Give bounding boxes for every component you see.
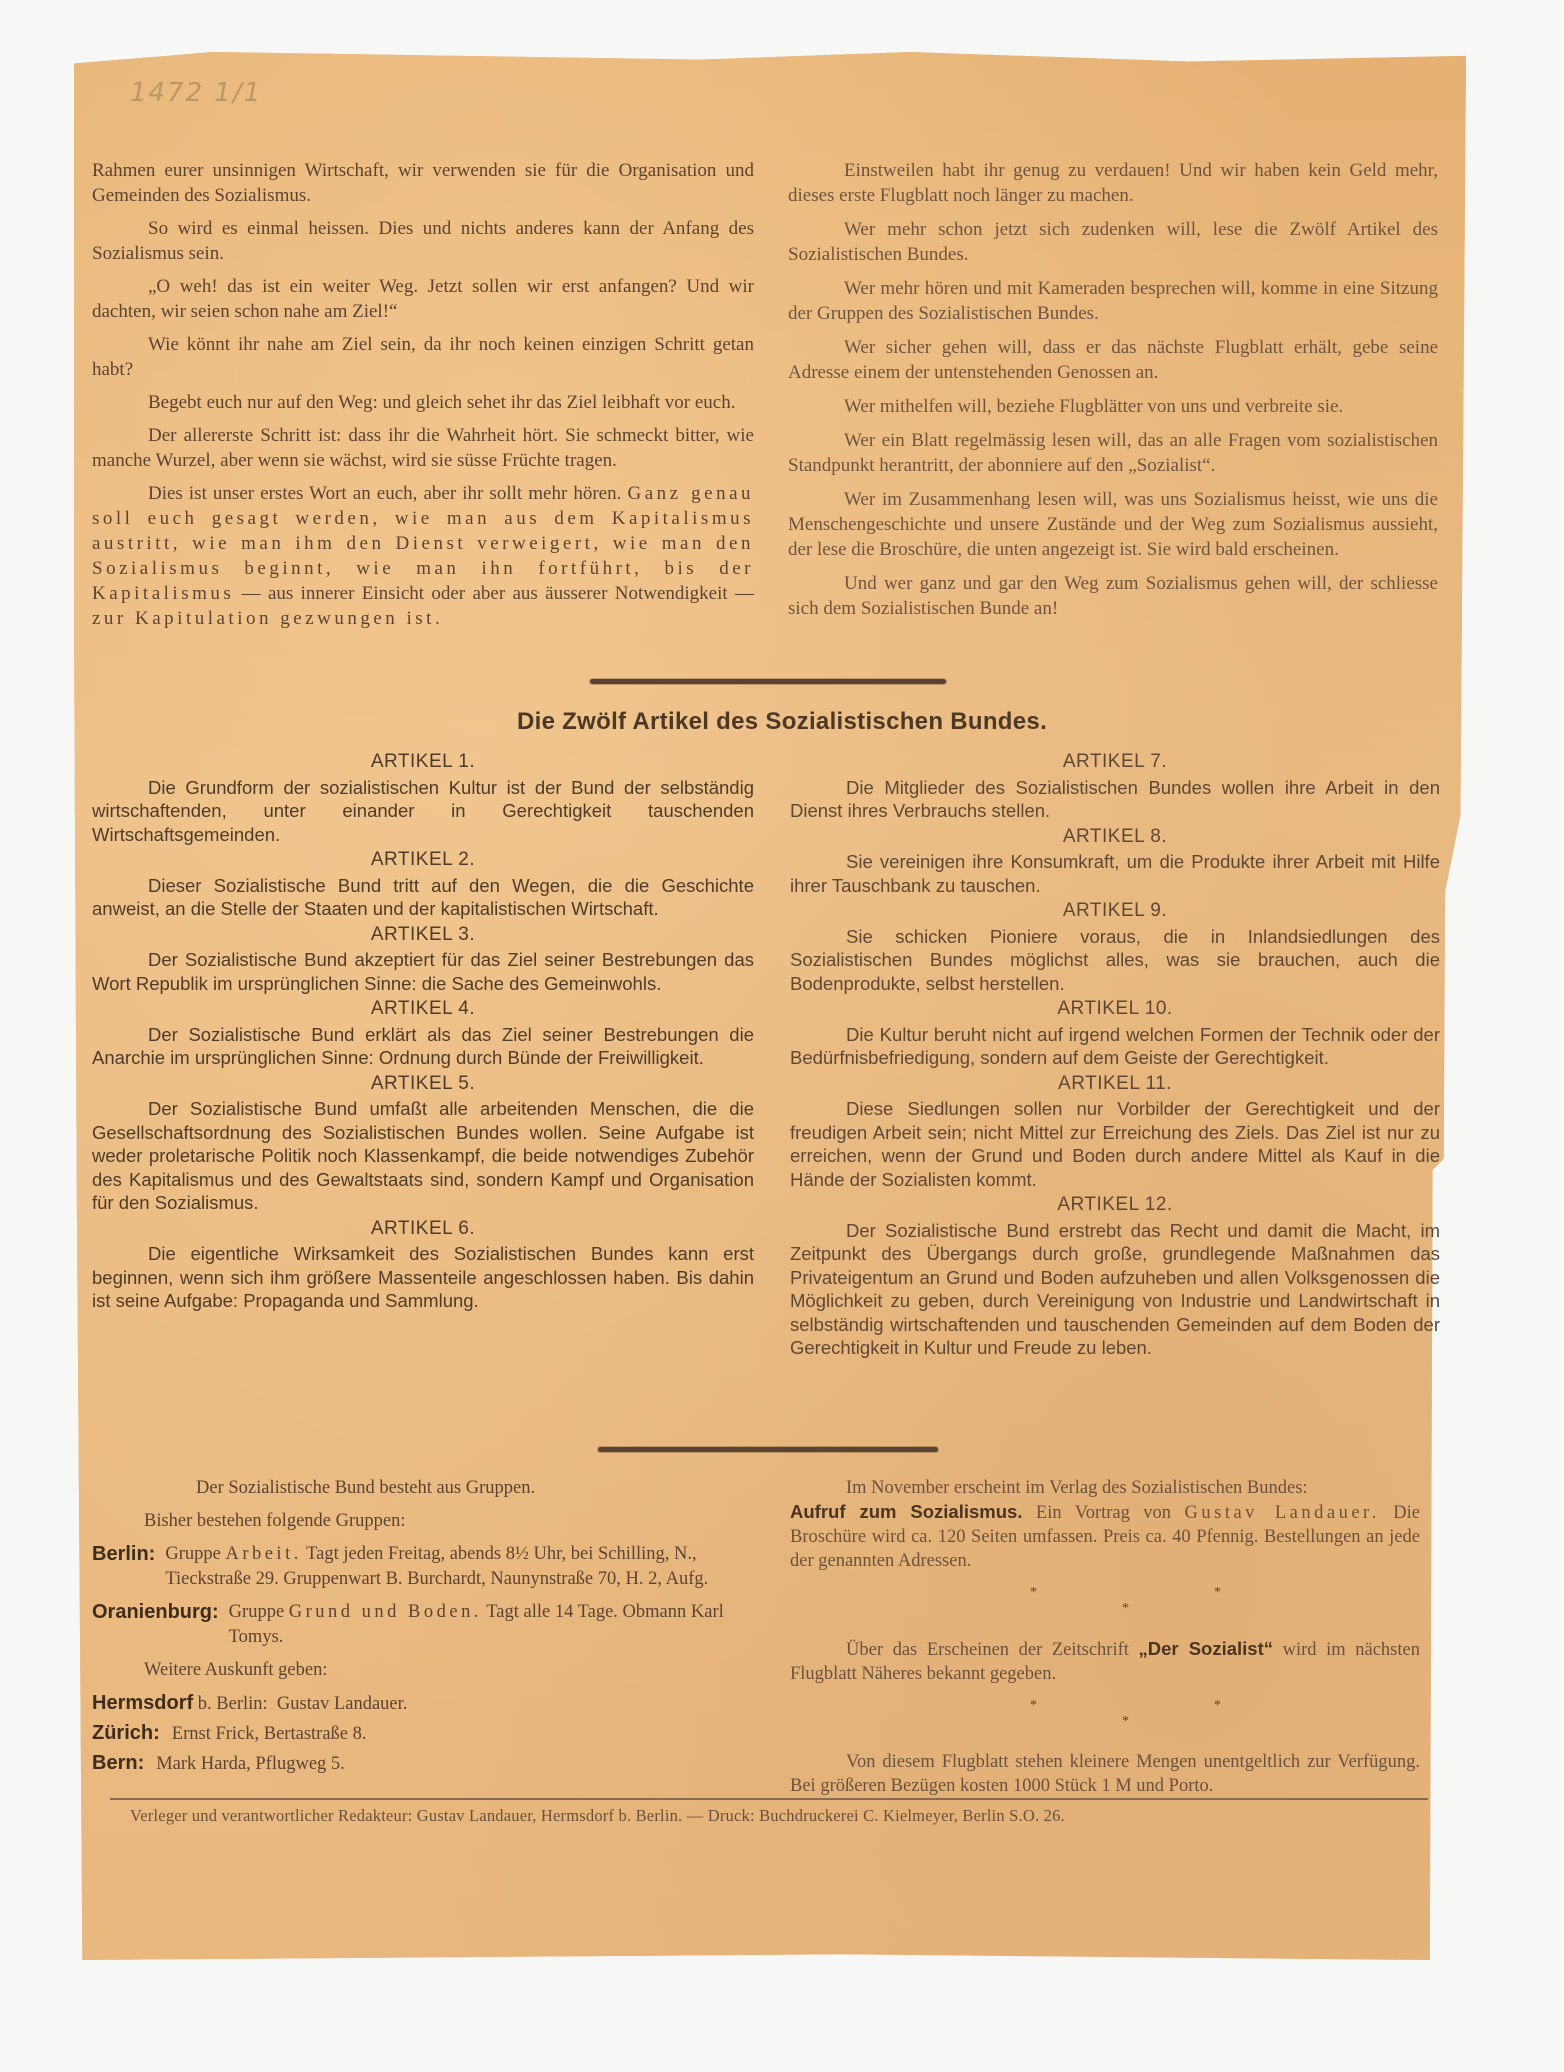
intro-right-column: Einstweilen habt ihr genug zu verdauen! … — [788, 158, 1438, 630]
intro-left-column: Rahmen eurer unsinnigen Wirtschaft, wir … — [92, 158, 754, 639]
group-name: Grund und Boden. — [289, 1602, 482, 1622]
group-name: Arbeit. — [225, 1544, 301, 1564]
article-heading: ARTIKEL 11. — [790, 1072, 1440, 1096]
article-heading: ARTIKEL 6. — [92, 1217, 754, 1241]
article-text: Die eigentliche Wirksamkeit des Sozialis… — [92, 1242, 754, 1313]
section-divider-bottom — [598, 1447, 938, 1452]
article-heading: ARTIKEL 5. — [92, 1072, 754, 1096]
article-heading: ARTIKEL 4. — [92, 997, 754, 1021]
announcements-section: Im November erscheint im Verlag des Sozi… — [790, 1476, 1420, 1806]
intro-left-closing-paragraph: Dies ist unser erstes Wort an euch, aber… — [92, 481, 754, 631]
intro-right-paragraph: Und wer ganz und gar den Weg zum Soziali… — [788, 571, 1438, 621]
group-details: Gruppe Grund und Boden. Tagt alle 14 Tag… — [229, 1600, 772, 1650]
intro-right-paragraph: Wer mehr schon jetzt sich zudenken will,… — [788, 217, 1438, 267]
article-text: Diese Siedlungen sollen nur Vorbilder de… — [790, 1097, 1440, 1191]
publication-author: Gustav Landauer. — [1185, 1503, 1380, 1523]
intro-right-paragraph: Wer sicher gehen will, dass er das nächs… — [788, 335, 1438, 385]
article-text: Sie vereinigen ihre Konsumkraft, um die … — [790, 850, 1440, 897]
intro-right-paragraph: Wer im Zusammenhang lesen will, was uns … — [788, 487, 1438, 562]
article-heading: ARTIKEL 3. — [92, 923, 754, 947]
groups-section: Der Sozialistische Bund besteht aus Grup… — [92, 1476, 772, 1781]
article-text: Der Sozialistische Bund erstrebt das Rec… — [790, 1219, 1440, 1360]
contact-person: Ernst Frick, Bertastraße 8. — [172, 1724, 367, 1744]
groups-intro: Der Sozialistische Bund besteht aus Grup… — [92, 1476, 772, 1501]
articles-right-column: ARTIKEL 7.Die Mitglieder des Sozialistis… — [790, 748, 1440, 1362]
closing-spaced-end: zur Kapitulation gezwungen ist. — [92, 608, 443, 629]
distribution-note: Von diesem Flugblatt stehen kleinere Men… — [790, 1750, 1420, 1798]
separator-asterisks: * * * — [790, 1694, 1420, 1740]
closing-lead: Dies ist unser erstes Wort an euch, aber… — [148, 483, 621, 504]
separator-asterisks: * * * — [790, 1581, 1420, 1627]
intro-right-paragraph: Wer ein Blatt regelmässig lesen will, da… — [788, 428, 1438, 478]
group-details: Gruppe Arbeit. Tagt jeden Freitag, abend… — [165, 1542, 772, 1592]
group-entry-oranienburg: Oranienburg: Gruppe Grund und Boden. Tag… — [92, 1600, 772, 1650]
article-text: Die Grundform der sozialistischen Kultur… — [92, 776, 754, 847]
article-heading: ARTIKEL 12. — [790, 1193, 1440, 1217]
article-text: Der Sozialistische Bund erklärt als das … — [92, 1023, 754, 1070]
intro-left-paragraph: „O weh! das ist ein weiter Weg. Jetzt so… — [92, 274, 754, 324]
article-text: Die Kultur beruht nicht auf irgend welch… — [790, 1023, 1440, 1070]
info-label: Weitere Auskunft geben: — [92, 1658, 772, 1683]
article-heading: ARTIKEL 10. — [790, 997, 1440, 1021]
intro-left-paragraph: Rahmen eurer unsinnigen Wirtschaft, wir … — [92, 158, 754, 208]
group-city: Berlin: — [92, 1542, 155, 1592]
publication-announcement: Im November erscheint im Verlag des Sozi… — [790, 1476, 1420, 1573]
article-heading: ARTIKEL 8. — [790, 825, 1440, 849]
journal-name: „Der Sozialist“ — [1139, 1638, 1274, 1659]
archive-mark: 1472 1/1 — [130, 78, 262, 108]
contact-bern: Bern:Mark Harda, Pflugweg 5. — [92, 1751, 772, 1777]
article-heading: ARTIKEL 1. — [92, 750, 754, 774]
article-heading: ARTIKEL 9. — [790, 899, 1440, 923]
footer-rule — [110, 1798, 1428, 1800]
intro-right-paragraph: Wer mithelfen will, beziehe Flugblätter … — [788, 394, 1438, 419]
journal-announcement: Über das Erscheinen der Zeitschrift „Der… — [790, 1637, 1420, 1686]
groups-intro-2: Bisher bestehen folgende Gruppen: — [92, 1509, 772, 1534]
intro-left-paragraph: So wird es einmal heissen. Dies und nich… — [92, 216, 754, 266]
article-text: Die Mitglieder des Sozialistischen Bunde… — [790, 776, 1440, 823]
contact-person: Gustav Landauer. — [277, 1694, 408, 1714]
publication-title: Aufruf zum Sozialismus. — [790, 1501, 1022, 1522]
intro-left-paragraph: Wie könnt ihr nahe am Ziel sein, da ihr … — [92, 332, 754, 382]
article-text: Der Sozialistische Bund umfaßt alle arbe… — [92, 1097, 754, 1215]
section-title: Die Zwölf Artikel des Sozialistischen Bu… — [0, 708, 1564, 736]
section-divider-top — [590, 679, 946, 684]
group-entry-berlin: Berlin: Gruppe Arbeit. Tagt jeden Freita… — [92, 1542, 772, 1592]
imprint-footer: Verleger und verantwortlicher Redakteur:… — [130, 1806, 1430, 1826]
article-text: Dieser Sozialistische Bund tritt auf den… — [92, 874, 754, 921]
intro-left-paragraph: Der allererste Schritt ist: dass ihr die… — [92, 423, 754, 473]
article-text: Der Sozialistische Bund akzeptiert für d… — [92, 948, 754, 995]
contact-person: Mark Harda, Pflugweg 5. — [156, 1754, 345, 1774]
contact-hermsdorf: Hermsdorf b. Berlin: Gustav Landauer. — [92, 1691, 772, 1717]
contact-zurich: Zürich:Ernst Frick, Bertastraße 8. — [92, 1721, 772, 1747]
article-text: Sie schicken Pioniere voraus, die in Inl… — [790, 925, 1440, 996]
article-heading: ARTIKEL 2. — [92, 848, 754, 872]
group-city: Oranienburg: — [92, 1600, 219, 1650]
article-heading: ARTIKEL 7. — [790, 750, 1440, 774]
closing-middle-text: — aus innerer Einsicht oder aber aus äus… — [234, 583, 754, 604]
articles-left-column: ARTIKEL 1.Die Grundform der sozialistisc… — [92, 748, 754, 1315]
intro-right-paragraph: Wer mehr hören und mit Kameraden besprec… — [788, 276, 1438, 326]
intro-left-paragraph: Begebt euch nur auf den Weg: und gleich … — [92, 390, 754, 415]
intro-right-paragraph: Einstweilen habt ihr genug zu verdauen! … — [788, 158, 1438, 208]
